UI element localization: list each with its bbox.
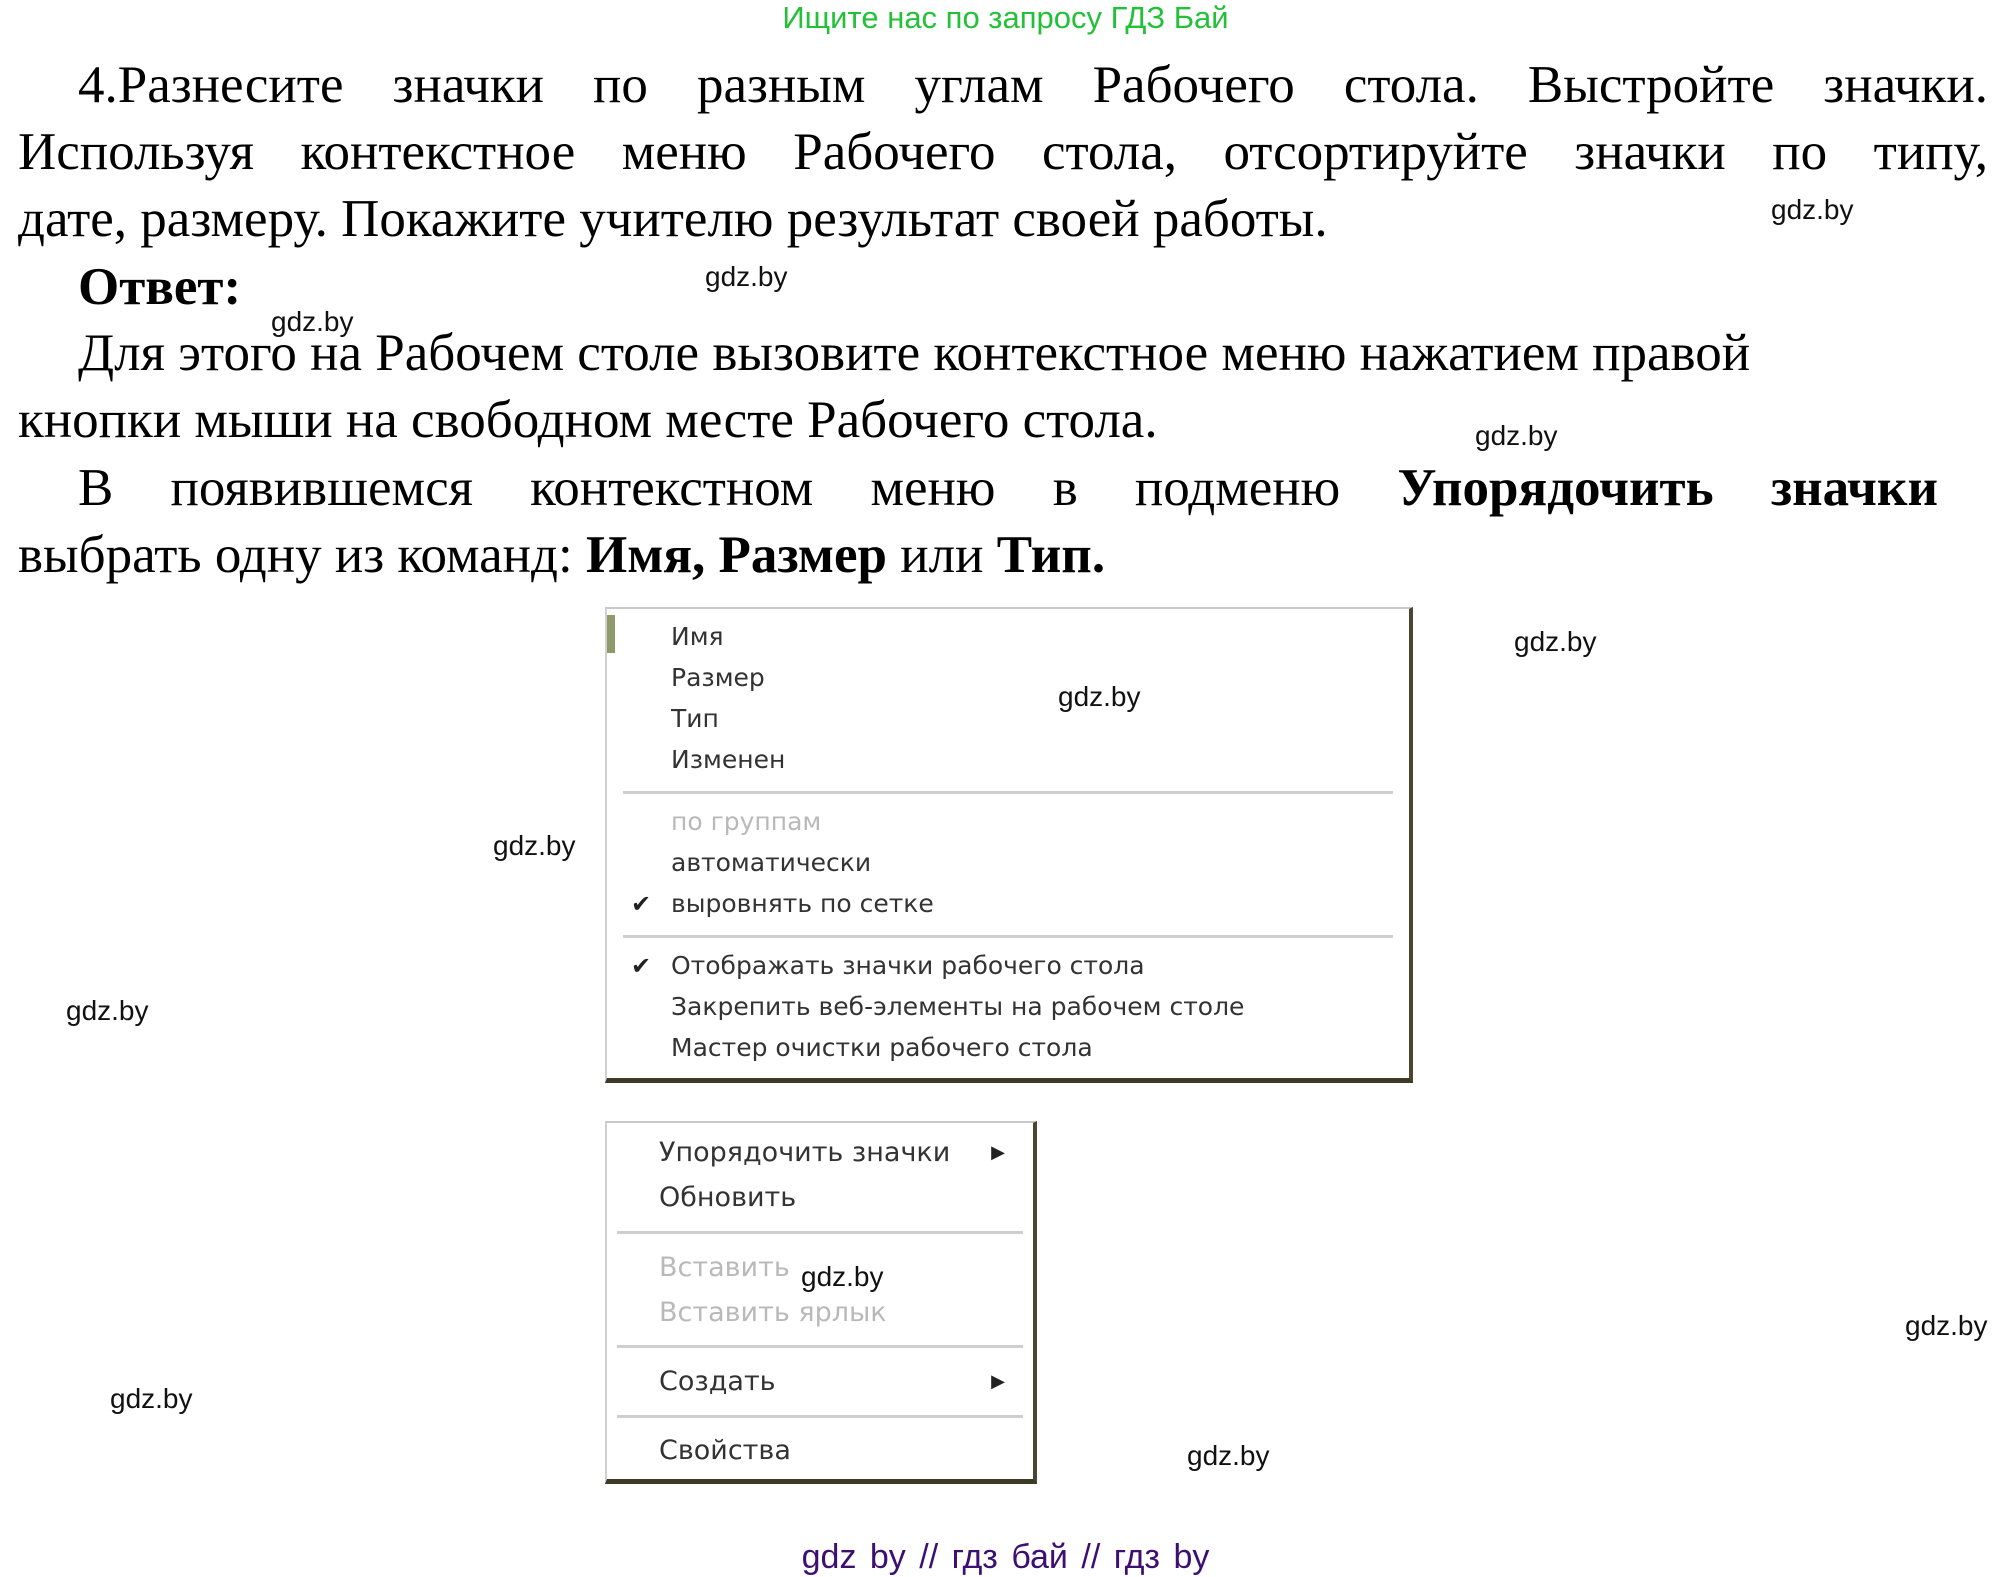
watermark: gdz.by [66, 995, 149, 1027]
watermark: gdz.by [1187, 1440, 1270, 1472]
task-text: 4.Разнесите значки по разным углам Рабоч… [18, 52, 1988, 253]
submenu-arrow-icon: ▶ [991, 1360, 1005, 1404]
answer-p2-line-2: выбрать одну из команд: Имя, Размер или … [18, 522, 1938, 589]
menu-item-label: автоматически [671, 843, 871, 883]
task-line-3: дате, размеру. Покажите учителю результа… [18, 186, 1988, 253]
menu-item-label: Мастер очистки рабочего стола [671, 1028, 1093, 1068]
submenu-arrow-icon: ▶ [991, 1131, 1005, 1175]
answer-p2-bold-type: Тип. [997, 526, 1105, 584]
menu-item-label: Создать [659, 1360, 776, 1404]
watermark: gdz.by [1514, 626, 1597, 658]
menu-item-label: Вставить ярлык [659, 1291, 887, 1335]
menu-item-by-groups: по группам [607, 802, 1409, 842]
menu-item-arrange-icons[interactable]: Упорядочить значки▶ [607, 1131, 1033, 1175]
search-hint-link[interactable]: Ищите нас по запросу ГДЗ Бай [0, 0, 2011, 36]
answer-p2-bold-submenu: Упорядочить значки [1397, 459, 1938, 517]
menu-item-label: по группам [671, 802, 821, 842]
menu-item-label: Изменен [671, 740, 785, 780]
menu-item-label: Закрепить веб-элементы на рабочем столе [671, 987, 1244, 1027]
menu-separator [623, 935, 1393, 938]
watermark: gdz.by [271, 306, 354, 338]
menu-item-label: Обновить [659, 1176, 796, 1220]
answer-p2-plain: В появившемся контекстном меню в подменю [78, 459, 1340, 517]
task-line-2: Используя контекстное меню Рабочего стол… [18, 119, 1988, 186]
menu-item-align-to-grid[interactable]: ✔выровнять по сетке [607, 884, 1409, 924]
menu-item-label: Упорядочить значки [659, 1131, 950, 1175]
menu-separator [617, 1231, 1023, 1234]
menu-item-desktop-cleanup-wizard[interactable]: Мастер очистки рабочего стола [607, 1028, 1409, 1068]
desktop-context-menu: Упорядочить значки▶ Обновить Вставить Вс… [605, 1121, 1037, 1484]
watermark: gdz.by [1771, 194, 1854, 226]
answer-p2-line-1: В появившемся контекстном меню в подменю… [18, 455, 1938, 522]
menu-item-modified[interactable]: Изменен [607, 740, 1409, 780]
menu-item-label: Имя [671, 617, 724, 657]
menu-item-paste-shortcut: Вставить ярлык [607, 1291, 1033, 1335]
arrange-icons-submenu: Имя Размер Тип Изменен по группам автома… [605, 607, 1413, 1083]
answer-p2-bold-name-size: Имя, Размер [586, 526, 887, 584]
menu-item-new[interactable]: Создать▶ [607, 1360, 1033, 1404]
menu-item-label: выровнять по сетке [671, 884, 934, 924]
answer-p2-line2-plain: выбрать одну из команд: [18, 526, 573, 584]
menu-item-name[interactable]: Имя [607, 617, 1409, 657]
answer-p2-or: или [900, 526, 983, 584]
menu-item-label: Вставить [659, 1246, 790, 1290]
menu-item-label: Тип [671, 699, 719, 739]
watermark: gdz.by [705, 261, 788, 293]
menu-item-label: Размер [671, 658, 765, 698]
menu-separator [617, 1345, 1023, 1348]
menu-item-properties[interactable]: Свойства [607, 1429, 1033, 1473]
menu-item-show-desktop-icons[interactable]: ✔Отображать значки рабочего стола [607, 946, 1409, 986]
menu-separator [623, 791, 1393, 794]
watermark: gdz.by [1058, 681, 1141, 713]
menu-item-type[interactable]: Тип [607, 699, 1409, 739]
answer-paragraph-2: В появившемся контекстном меню в подменю… [18, 455, 1938, 589]
watermark: gdz.by [1475, 420, 1558, 452]
checkmark-icon: ✔ [631, 884, 651, 924]
footer-links[interactable]: gdz by // гдз бай // гдз by [0, 1538, 2011, 1577]
menu-separator [617, 1415, 1023, 1418]
watermark: gdz.by [1905, 1310, 1988, 1342]
checkmark-icon: ✔ [631, 946, 651, 986]
watermark: gdz.by [110, 1383, 193, 1415]
menu-item-label: Свойства [659, 1429, 791, 1473]
menu-item-size[interactable]: Размер [607, 658, 1409, 698]
watermark: gdz.by [493, 830, 576, 862]
menu-item-auto-arrange[interactable]: автоматически [607, 843, 1409, 883]
answer-p1-line-2: кнопки мыши на свободном месте Рабочего … [18, 387, 1988, 454]
menu-item-lock-web-items[interactable]: Закрепить веб-элементы на рабочем столе [607, 987, 1409, 1027]
answer-paragraph-1: Для этого на Рабочем столе вызовите конт… [18, 320, 1988, 454]
task-line-1: 4.Разнесите значки по разным углам Рабоч… [18, 52, 1988, 119]
menu-item-refresh[interactable]: Обновить [607, 1176, 1033, 1220]
watermark: gdz.by [801, 1261, 884, 1293]
menu-item-label: Отображать значки рабочего стола [671, 946, 1145, 986]
